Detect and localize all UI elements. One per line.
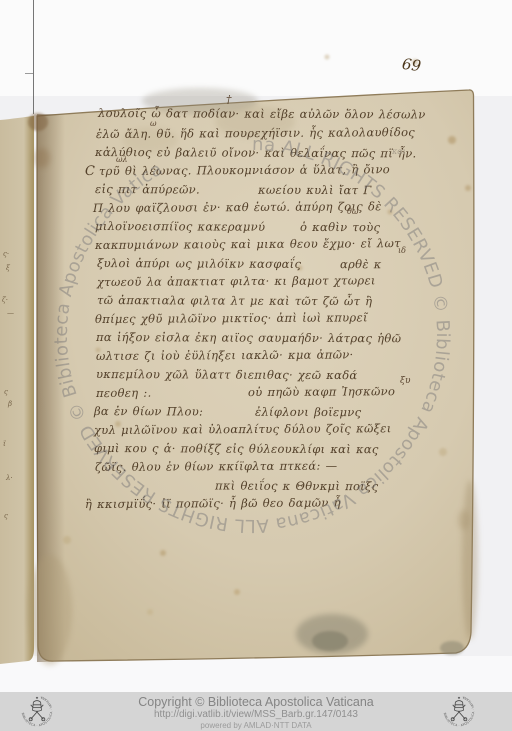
footer-bar: Copyright © Biblioteca Apostolica Vatica… xyxy=(0,692,512,731)
page-scan: 69 λουλοῖς ὦ δατ ποδίαν· καὶ εἴβε αὐλῶν … xyxy=(0,0,512,731)
vatican-seal-right: BIBLIOTECA · APOSTOLICA · VATICANA xyxy=(437,694,481,730)
source-url: http://digi.vatlib.it/view/MSS_Barb.gr.1… xyxy=(154,709,358,721)
manuscript-page xyxy=(0,0,512,731)
seal-emblem-icon xyxy=(451,697,467,721)
parchment xyxy=(37,90,474,661)
vatican-seal-left: BIBLIOTECA · APOSTOLICA · VATICANA xyxy=(15,694,59,730)
powered-by: powered by AMLAD·NTT DATA xyxy=(200,721,311,731)
facing-page-edge xyxy=(0,116,34,664)
seal-emblem-icon xyxy=(29,697,45,721)
copyright-line: Copyright © Biblioteca Apostolica Vatica… xyxy=(138,695,374,709)
